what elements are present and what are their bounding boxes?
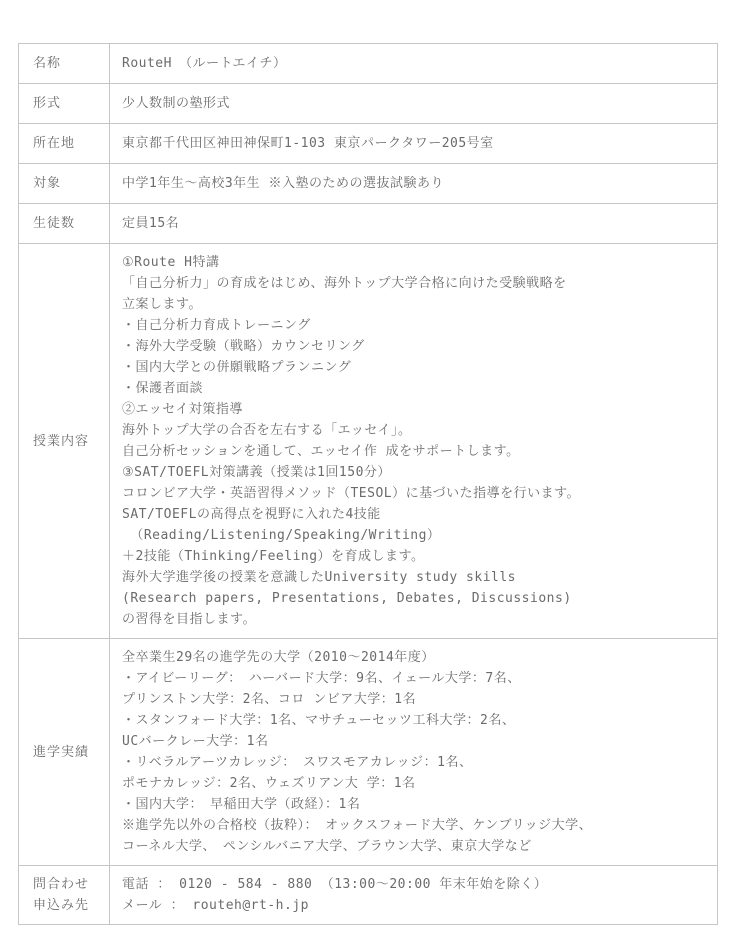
content-line: ・国内大学： 早稲田大学（政経）：1名 bbox=[122, 794, 707, 815]
content-line: (Research papers, Presentations, Debates… bbox=[122, 588, 707, 609]
content-line: 立案します。 bbox=[122, 294, 707, 315]
table-row-address: 所在地東京都千代田区神田神保町1-103 東京パークタワー205号室 bbox=[19, 124, 718, 164]
content-line: SAT/TOEFLの高得点を視野に入れた4技能 bbox=[122, 504, 707, 525]
label-line: 問合わせ bbox=[33, 874, 105, 895]
content-line: 海外トップ大学の合否を左右する「エッセイ」。 bbox=[122, 420, 707, 441]
table-row-name: 名称RouteH （ルートエイチ） bbox=[19, 44, 718, 84]
content-line: ポモナカレッジ：2名、ウェズリアン大 学：1名 bbox=[122, 773, 707, 794]
content-line: ・国内大学との併願戦略プランニング bbox=[122, 357, 707, 378]
content-line: メール ： routeh@rt-h.jp bbox=[122, 895, 707, 916]
content-line: 海外大学進学後の授業を意識したUniversity study skills bbox=[122, 567, 707, 588]
label-line: 名称 bbox=[33, 53, 105, 74]
table-row-contact: 問合わせ申込み先電話 ： 0120 - 584 - 880 （13:00～20:… bbox=[19, 866, 718, 925]
content-line: 自己分析セッションを通して、エッセイ作 成をサポートします。 bbox=[122, 441, 707, 462]
label-line: 授業内容 bbox=[33, 431, 105, 452]
content-line: ②エッセイ対策指導 bbox=[122, 399, 707, 420]
row-content-name: RouteH （ルートエイチ） bbox=[110, 44, 718, 84]
content-line: UCバークレー大学：1名 bbox=[122, 731, 707, 752]
label-line: 生徒数 bbox=[33, 213, 105, 234]
row-label-name: 名称 bbox=[19, 44, 110, 84]
row-content-results: 全卒業生29名の進学先の大学（2010～2014年度）・アイビーリーグ： ハーバ… bbox=[110, 639, 718, 866]
content-line: ※進学先以外の合格校（抜粋）： オックスフォード大学、ケンブリッジ大学、 bbox=[122, 815, 707, 836]
content-line: 少人数制の塾形式 bbox=[122, 93, 707, 114]
row-label-format: 形式 bbox=[19, 84, 110, 124]
row-label-contact: 問合わせ申込み先 bbox=[19, 866, 110, 925]
label-line: 形式 bbox=[33, 93, 105, 114]
row-label-students: 生徒数 bbox=[19, 204, 110, 244]
row-content-students: 定員15名 bbox=[110, 204, 718, 244]
label-line: 所在地 bbox=[33, 133, 105, 154]
content-line: 全卒業生29名の進学先の大学（2010～2014年度） bbox=[122, 647, 707, 668]
content-line: ＋2技能（Thinking/Feeling）を育成します。 bbox=[122, 546, 707, 567]
label-line: 申込み先 bbox=[33, 895, 105, 916]
row-content-target: 中学1年生～高校3年生 ※入塾のための選抜試験あり bbox=[110, 164, 718, 204]
content-line: ・アイビーリーグ： ハーバード大学：9名、イェール大学：7名、 bbox=[122, 668, 707, 689]
content-line: の習得を目指します。 bbox=[122, 609, 707, 630]
content-line: ・保護者面談 bbox=[122, 378, 707, 399]
row-label-results: 進学実績 bbox=[19, 639, 110, 866]
table-row-curriculum: 授業内容①Route H特講「自己分析力」の育成をはじめ、海外トップ大学合格に向… bbox=[19, 244, 718, 639]
label-line: 進学実績 bbox=[33, 742, 105, 763]
content-line: ③SAT/TOEFL対策講義（授業は1回150分） bbox=[122, 462, 707, 483]
row-label-target: 対象 bbox=[19, 164, 110, 204]
table-row-results: 進学実績全卒業生29名の進学先の大学（2010～2014年度）・アイビーリーグ：… bbox=[19, 639, 718, 866]
content-line: ・リベラルアーツカレッジ： スワスモアカレッジ：1名、 bbox=[122, 752, 707, 773]
content-line: ・自己分析力育成トレーニング bbox=[122, 315, 707, 336]
content-line: ①Route H特講 bbox=[122, 252, 707, 273]
content-line: コーネル大学、 ペンシルバニア大学、ブラウン大学、東京大学など bbox=[122, 836, 707, 857]
row-content-contact: 電話 ： 0120 - 584 - 880 （13:00～20:00 年末年始を… bbox=[110, 866, 718, 925]
row-content-address: 東京都千代田区神田神保町1-103 東京パークタワー205号室 bbox=[110, 124, 718, 164]
content-line: ・海外大学受験（戦略）カウンセリング bbox=[122, 336, 707, 357]
content-line: 電話 ： 0120 - 584 - 880 （13:00～20:00 年末年始を… bbox=[122, 874, 707, 895]
row-label-address: 所在地 bbox=[19, 124, 110, 164]
table-row-students: 生徒数定員15名 bbox=[19, 204, 718, 244]
content-line: 中学1年生～高校3年生 ※入塾のための選抜試験あり bbox=[122, 173, 707, 194]
content-line: コロンビア大学・英語習得メソッド（TESOL）に基づいた指導を行います。 bbox=[122, 483, 707, 504]
row-content-curriculum: ①Route H特講「自己分析力」の育成をはじめ、海外トップ大学合格に向けた受験… bbox=[110, 244, 718, 639]
content-line: 「自己分析力」の育成をはじめ、海外トップ大学合格に向けた受験戦略を bbox=[122, 273, 707, 294]
row-content-format: 少人数制の塾形式 bbox=[110, 84, 718, 124]
table-row-format: 形式少人数制の塾形式 bbox=[19, 84, 718, 124]
content-line: 定員15名 bbox=[122, 213, 707, 234]
label-line: 対象 bbox=[33, 173, 105, 194]
content-line: ・スタンフォード大学：1名、マサチューセッツ工科大学：2名、 bbox=[122, 710, 707, 731]
content-line: RouteH （ルートエイチ） bbox=[122, 53, 707, 74]
school-info-table: 名称RouteH （ルートエイチ）形式少人数制の塾形式所在地東京都千代田区神田神… bbox=[18, 43, 718, 925]
table-body: 名称RouteH （ルートエイチ）形式少人数制の塾形式所在地東京都千代田区神田神… bbox=[19, 44, 718, 925]
content-line: （Reading/Listening/Speaking/Writing） bbox=[122, 525, 707, 546]
table-row-target: 対象中学1年生～高校3年生 ※入塾のための選抜試験あり bbox=[19, 164, 718, 204]
content-line: 東京都千代田区神田神保町1-103 東京パークタワー205号室 bbox=[122, 133, 707, 154]
content-line: プリンストン大学：2名、コロ ンビア大学：1名 bbox=[122, 689, 707, 710]
row-label-curriculum: 授業内容 bbox=[19, 244, 110, 639]
